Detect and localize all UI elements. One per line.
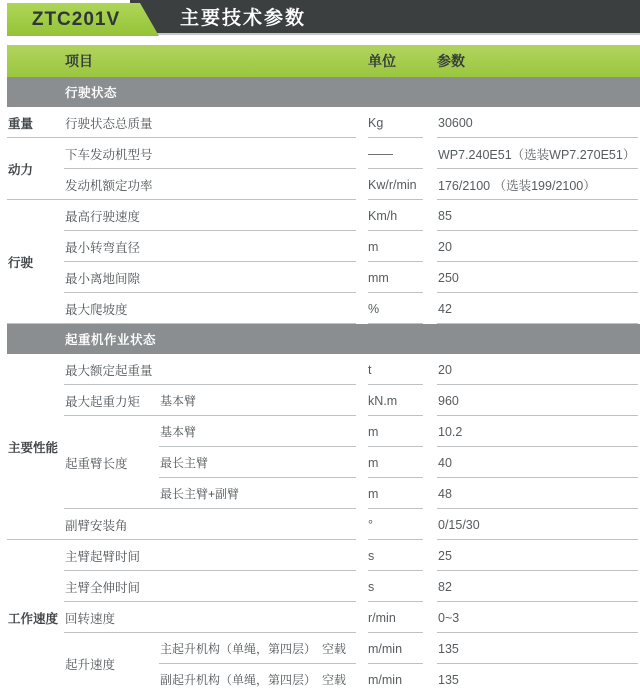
value-cell: 0/15/30 (437, 509, 640, 540)
item-cell: 最小离地间隙 (64, 262, 368, 293)
item-cell: 行驶状态总质量 (64, 107, 368, 138)
item-cell: 回转速度 (64, 602, 368, 633)
subitem-label: 主起升机构（单绳，第四层） (160, 640, 316, 657)
item-cell: 主臂起臂时间 (64, 540, 368, 571)
value-cell: 135 (437, 664, 640, 694)
category-cell: 动力 (7, 138, 64, 200)
item-cell: 下车发动机型号 (64, 138, 368, 169)
value-cell: 960 (437, 385, 640, 416)
col-header-item: 项目 (7, 45, 368, 77)
unit-cell: Kw/r/min (368, 169, 437, 200)
subitem-cell: 基本臂 (159, 385, 368, 416)
unit-cell: m/min (368, 664, 437, 694)
item-cell: 最小转弯直径 (64, 231, 368, 262)
subitem-label: 最长主臂+副臂 (160, 485, 239, 502)
value-cell: 42 (437, 293, 640, 324)
col-header-value: 参数 (437, 45, 640, 77)
unit-cell: % (368, 293, 437, 324)
subitem-cell: 最长主臂+副臂 (159, 478, 368, 509)
section-header: 行驶状态 (7, 77, 640, 107)
page-title: 主要技术参数 (130, 3, 306, 30)
load-condition-label: 空载 (316, 640, 346, 657)
unit-cell: s (368, 540, 437, 571)
item-cell: 最大爬坡度 (64, 293, 368, 324)
subitem-label: 最长主臂 (160, 454, 208, 471)
value-cell: 176/2100 （选装199/2100） (437, 169, 640, 200)
item-cell: 最大额定起重量 (64, 354, 368, 385)
unit-cell: m (368, 416, 437, 447)
load-condition-label: 空载 (316, 671, 346, 688)
category-cell: 工作速度 (7, 540, 64, 694)
category-cell: 主要性能 (7, 354, 64, 540)
unit-cell: s (368, 571, 437, 602)
unit-cell: —— (368, 138, 437, 169)
subitem-label: 基本臂 (160, 423, 196, 440)
unit-cell: m (368, 447, 437, 478)
unit-cell: Kg (368, 107, 437, 138)
value-cell: 40 (437, 447, 640, 478)
value-cell: 0~3 (437, 602, 640, 633)
subitem-label: 基本臂 (160, 392, 196, 409)
subitem-label: 副起升机构（单绳，第四层） (160, 671, 316, 688)
unit-cell: kN.m (368, 385, 437, 416)
value-cell: 48 (437, 478, 640, 509)
section-header: 起重机作业状态 (7, 324, 640, 354)
value-cell: 82 (437, 571, 640, 602)
subitem-cell: 副起升机构（单绳，第四层）空载 (159, 664, 368, 694)
subitem-cell: 最长主臂 (159, 447, 368, 478)
spec-table: 项目 单位 参数 行驶状态重量行驶状态总质量Kg30600动力下车发动机型号——… (7, 45, 640, 694)
unit-cell: r/min (368, 602, 437, 633)
topbar: 主要技术参数 ZTC201V (0, 0, 640, 37)
value-cell: 25 (437, 540, 640, 571)
category-cell: 重量 (7, 107, 64, 138)
value-cell: 20 (437, 231, 640, 262)
item-cell: 主臂全伸时间 (64, 571, 368, 602)
item-cell: 起重臂长度 (64, 416, 159, 509)
unit-cell: Km/h (368, 200, 437, 231)
value-cell: 135 (437, 633, 640, 664)
model-label: ZTC201V (32, 9, 120, 31)
title-bar: 主要技术参数 (130, 0, 640, 33)
unit-cell: ° (368, 509, 437, 540)
value-cell: WP7.240E51（选装WP7.270E51） (437, 138, 640, 169)
unit-cell: mm (368, 262, 437, 293)
subitem-cell: 基本臂 (159, 416, 368, 447)
item-cell: 发动机额定功率 (64, 169, 368, 200)
col-header-unit: 单位 (368, 45, 437, 77)
value-cell: 20 (437, 354, 640, 385)
subitem-cell: 主起升机构（单绳，第四层）空载 (159, 633, 368, 664)
unit-cell: m/min (368, 633, 437, 664)
model-badge: ZTC201V (7, 3, 159, 36)
unit-cell: t (368, 354, 437, 385)
unit-cell: m (368, 231, 437, 262)
value-cell: 250 (437, 262, 640, 293)
value-cell: 85 (437, 200, 640, 231)
item-cell: 副臂安装角 (64, 509, 368, 540)
item-cell: 最大起重力矩 (64, 385, 159, 416)
value-cell: 10.2 (437, 416, 640, 447)
category-cell: 行驶 (7, 200, 64, 324)
unit-cell: m (368, 478, 437, 509)
item-cell: 最高行驶速度 (64, 200, 368, 231)
item-cell: 起升速度 (64, 633, 159, 694)
value-cell: 30600 (437, 107, 640, 138)
